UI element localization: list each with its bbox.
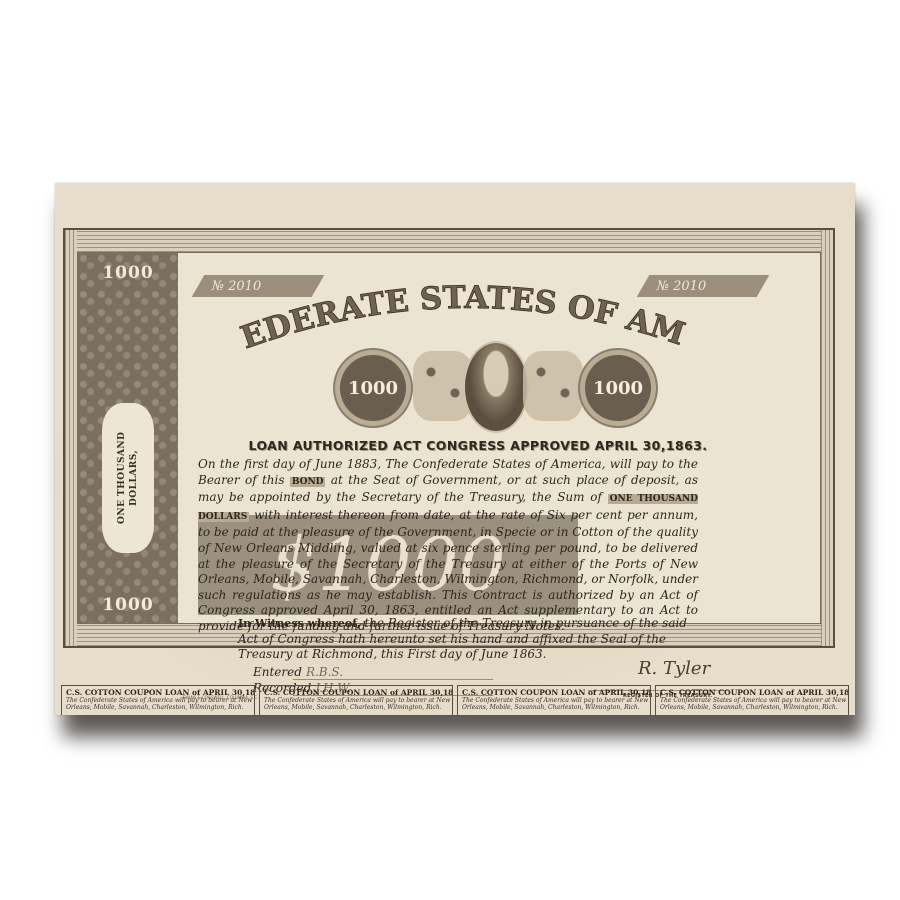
bond-word: BOND — [290, 477, 326, 487]
bond-face: 1000 ONE THOUSAND DOLLARS, 1000 № 2010 №… — [77, 252, 821, 624]
coupon-text: The Confederate States of America will p… — [66, 697, 250, 704]
coupon-text: Orleans, Mobile, Savannah, Charleston, W… — [660, 704, 844, 711]
svg-text:CONFEDERATE STATES OF AMERICA: CONFEDERATE STATES OF AMERICA — [238, 273, 689, 353]
entered-line — [293, 679, 493, 680]
entered-field: EnteredR.B.S. — [253, 665, 343, 679]
denomination-medallion-right: 1000 — [585, 355, 651, 421]
entered-initials: R.B.S. — [306, 665, 343, 679]
coupon-heading: C.S. COTTON COUPON LOAN of APRIL 30,1863… — [264, 688, 448, 697]
terms-text: with interest thereon from date, at the … — [198, 508, 698, 633]
coupon-text: The Confederate States of America will p… — [660, 697, 844, 704]
coupon: C.S. COTTON COUPON LOAN of APRIL 30,1863… — [457, 685, 651, 715]
coupon-text: Orleans, Mobile, Savannah, Charleston, W… — [66, 704, 250, 711]
border-left — [65, 230, 77, 646]
witness-lead: In Witness whereof, — [238, 617, 361, 630]
denomination-side-panel: 1000 ONE THOUSAND DOLLARS, 1000 — [78, 253, 178, 623]
coupon: C.S. COTTON COUPON LOAN of APRIL 30,1863… — [655, 685, 849, 715]
coupon-text: The Confederate States of America will p… — [264, 697, 448, 704]
ornament-scroll-right — [523, 351, 583, 421]
side-denomination-bottom: 1000 — [78, 595, 178, 615]
portrait-vignette — [463, 341, 529, 433]
coupon-text: Orleans, Mobile, Savannah, Charleston, W… — [462, 704, 646, 711]
entered-label: Entered — [253, 665, 302, 679]
coupon-text: The Confederate States of America will p… — [462, 697, 646, 704]
coupon-heading: C.S. COTTON COUPON LOAN of APRIL 30,1863… — [66, 688, 250, 697]
title-banner: CONFEDERATE STATES OF AMERICA — [238, 273, 698, 353]
bond-certificate: 1000 ONE THOUSAND DOLLARS, 1000 № 2010 №… — [55, 183, 855, 715]
denomination-words: ONE THOUSAND DOLLARS, — [116, 403, 140, 553]
loan-authorization-banner: LOAN AUTHORIZED ACT CONGRESS APPROVED AP… — [238, 438, 718, 453]
coupon-strip: C.S. COTTON COUPON LOAN of APRIL 30,1863… — [55, 685, 855, 715]
coupon: C.S. COTTON COUPON LOAN of APRIL 30,1863… — [259, 685, 453, 715]
witness-clause: In Witness whereof, the Register of the … — [238, 616, 698, 663]
document-title: CONFEDERATE STATES OF AMERICA — [238, 273, 689, 353]
border-right — [821, 230, 833, 646]
border-top — [65, 230, 833, 252]
denomination-medallion-left: 1000 — [340, 355, 406, 421]
coupon-heading: C.S. COTTON COUPON LOAN of APRIL 30,1863… — [462, 688, 646, 697]
engraved-border: 1000 ONE THOUSAND DOLLARS, 1000 № 2010 №… — [63, 228, 835, 648]
side-denomination-top: 1000 — [78, 263, 178, 283]
coupon: C.S. COTTON COUPON LOAN of APRIL 30,1863… — [61, 685, 255, 715]
denomination-words-cartouche: ONE THOUSAND DOLLARS, — [102, 403, 154, 553]
coupon-heading: C.S. COTTON COUPON LOAN of APRIL 30,1863… — [660, 688, 844, 697]
coupon-text: Orleans, Mobile, Savannah, Charleston, W… — [264, 704, 448, 711]
bond-terms: On the first day of June 1883, The Confe… — [198, 457, 698, 635]
register-signature: R. Tyler — [638, 658, 710, 679]
